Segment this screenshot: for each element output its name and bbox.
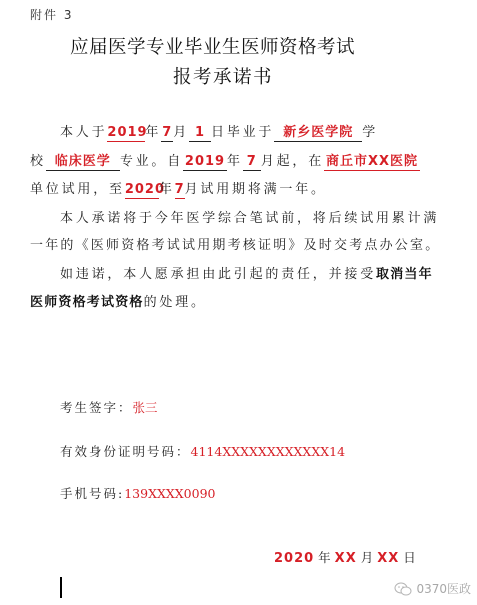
document-title-line2: 报考承诺书 xyxy=(173,63,273,89)
id-value: 4114XXXXXXXXXXXX14 xyxy=(191,444,346,459)
signature-name-row: 考生签字：张三 xyxy=(60,398,158,416)
text: 校 xyxy=(30,154,46,169)
signature-id-row: 有效身份证明号码：4114XXXXXXXXXXXX14 xyxy=(60,442,345,460)
text: 专业。自 xyxy=(120,154,183,169)
bold-text: 取消当年 xyxy=(376,267,433,282)
text: 月 xyxy=(173,125,189,140)
phone-label: 手机号码: xyxy=(60,486,124,501)
hospital-name: 商丘市XX医院 xyxy=(324,153,420,171)
paragraph3-line1: 如违诺，本人愿承担由此引起的责任，并接受取消当年 xyxy=(60,265,433,285)
paragraph1-line3: 单位试用，至2020年7月试用期将满一年。 xyxy=(30,180,327,200)
watermark-text: 0370医政 xyxy=(416,580,471,597)
date-line: 2020 年 XX 月 XX 日 xyxy=(274,548,416,566)
bold-text: 医师资格考试资格 xyxy=(30,295,144,310)
text: 年 xyxy=(145,125,161,140)
wechat-icon xyxy=(394,582,412,596)
text: 日毕业于 xyxy=(211,125,274,140)
name-value: 张三 xyxy=(133,400,158,415)
name-label: 考生签字： xyxy=(60,400,133,415)
text: 本人于 xyxy=(60,125,107,140)
paragraph1-line2: 校临床医学专业。自2019年7月起，在商丘市XX医院 xyxy=(30,152,420,172)
paragraph2-line1: 本人承诺将于今年医学综合笔试前，将后续试用累计满 xyxy=(60,209,439,229)
text: 年 xyxy=(227,154,243,169)
text: 学 xyxy=(362,125,378,140)
phone-value: 139XXXX0090 xyxy=(124,486,215,501)
school-name: 新乡医学院 xyxy=(274,124,362,142)
trial-end-year: 2020 xyxy=(125,181,159,199)
text: 的处理。 xyxy=(144,295,207,310)
text: 日 xyxy=(403,550,416,565)
trial-start-month: 7 xyxy=(243,153,261,171)
signature-phone-row: 手机号码:139XXXX0090 xyxy=(60,484,216,502)
id-label: 有效身份证明号码： xyxy=(60,444,191,459)
watermark: 0370医政 xyxy=(394,580,471,597)
trial-start-year: 2019 xyxy=(183,153,227,171)
text: 单位试用，至 xyxy=(30,182,125,197)
text: 月起，在 xyxy=(261,154,324,169)
document-title-line1: 应届医学专业毕业生医师资格考试 xyxy=(70,33,355,59)
text: 月 xyxy=(361,550,374,565)
text: 年 xyxy=(318,550,331,565)
text: 月试用期将满一年。 xyxy=(185,182,327,197)
date-year: 2020 xyxy=(274,551,314,566)
date-month: XX xyxy=(335,551,357,566)
graduation-year: 2019 xyxy=(107,124,145,142)
date-day: XX xyxy=(377,551,399,566)
attachment-label: 附件 3 xyxy=(30,6,73,23)
major-name: 临床医学 xyxy=(46,153,120,171)
paragraph1-line1: 本人于2019年7月1日毕业于新乡医学院学 xyxy=(60,123,378,143)
graduation-month: 7 xyxy=(161,124,173,142)
text: 如违诺，本人愿承担由此引起的责任，并接受 xyxy=(60,267,376,282)
paragraph3-line2: 医师资格考试资格的处理。 xyxy=(30,293,207,313)
trial-end-month: 7 xyxy=(175,181,185,199)
text-cursor xyxy=(60,577,62,598)
text: 年 xyxy=(159,182,175,197)
graduation-day: 1 xyxy=(189,124,211,142)
paragraph2-line2: 一年的《医师资格考试试用期考核证明》及时交考点办公室。 xyxy=(30,236,440,256)
